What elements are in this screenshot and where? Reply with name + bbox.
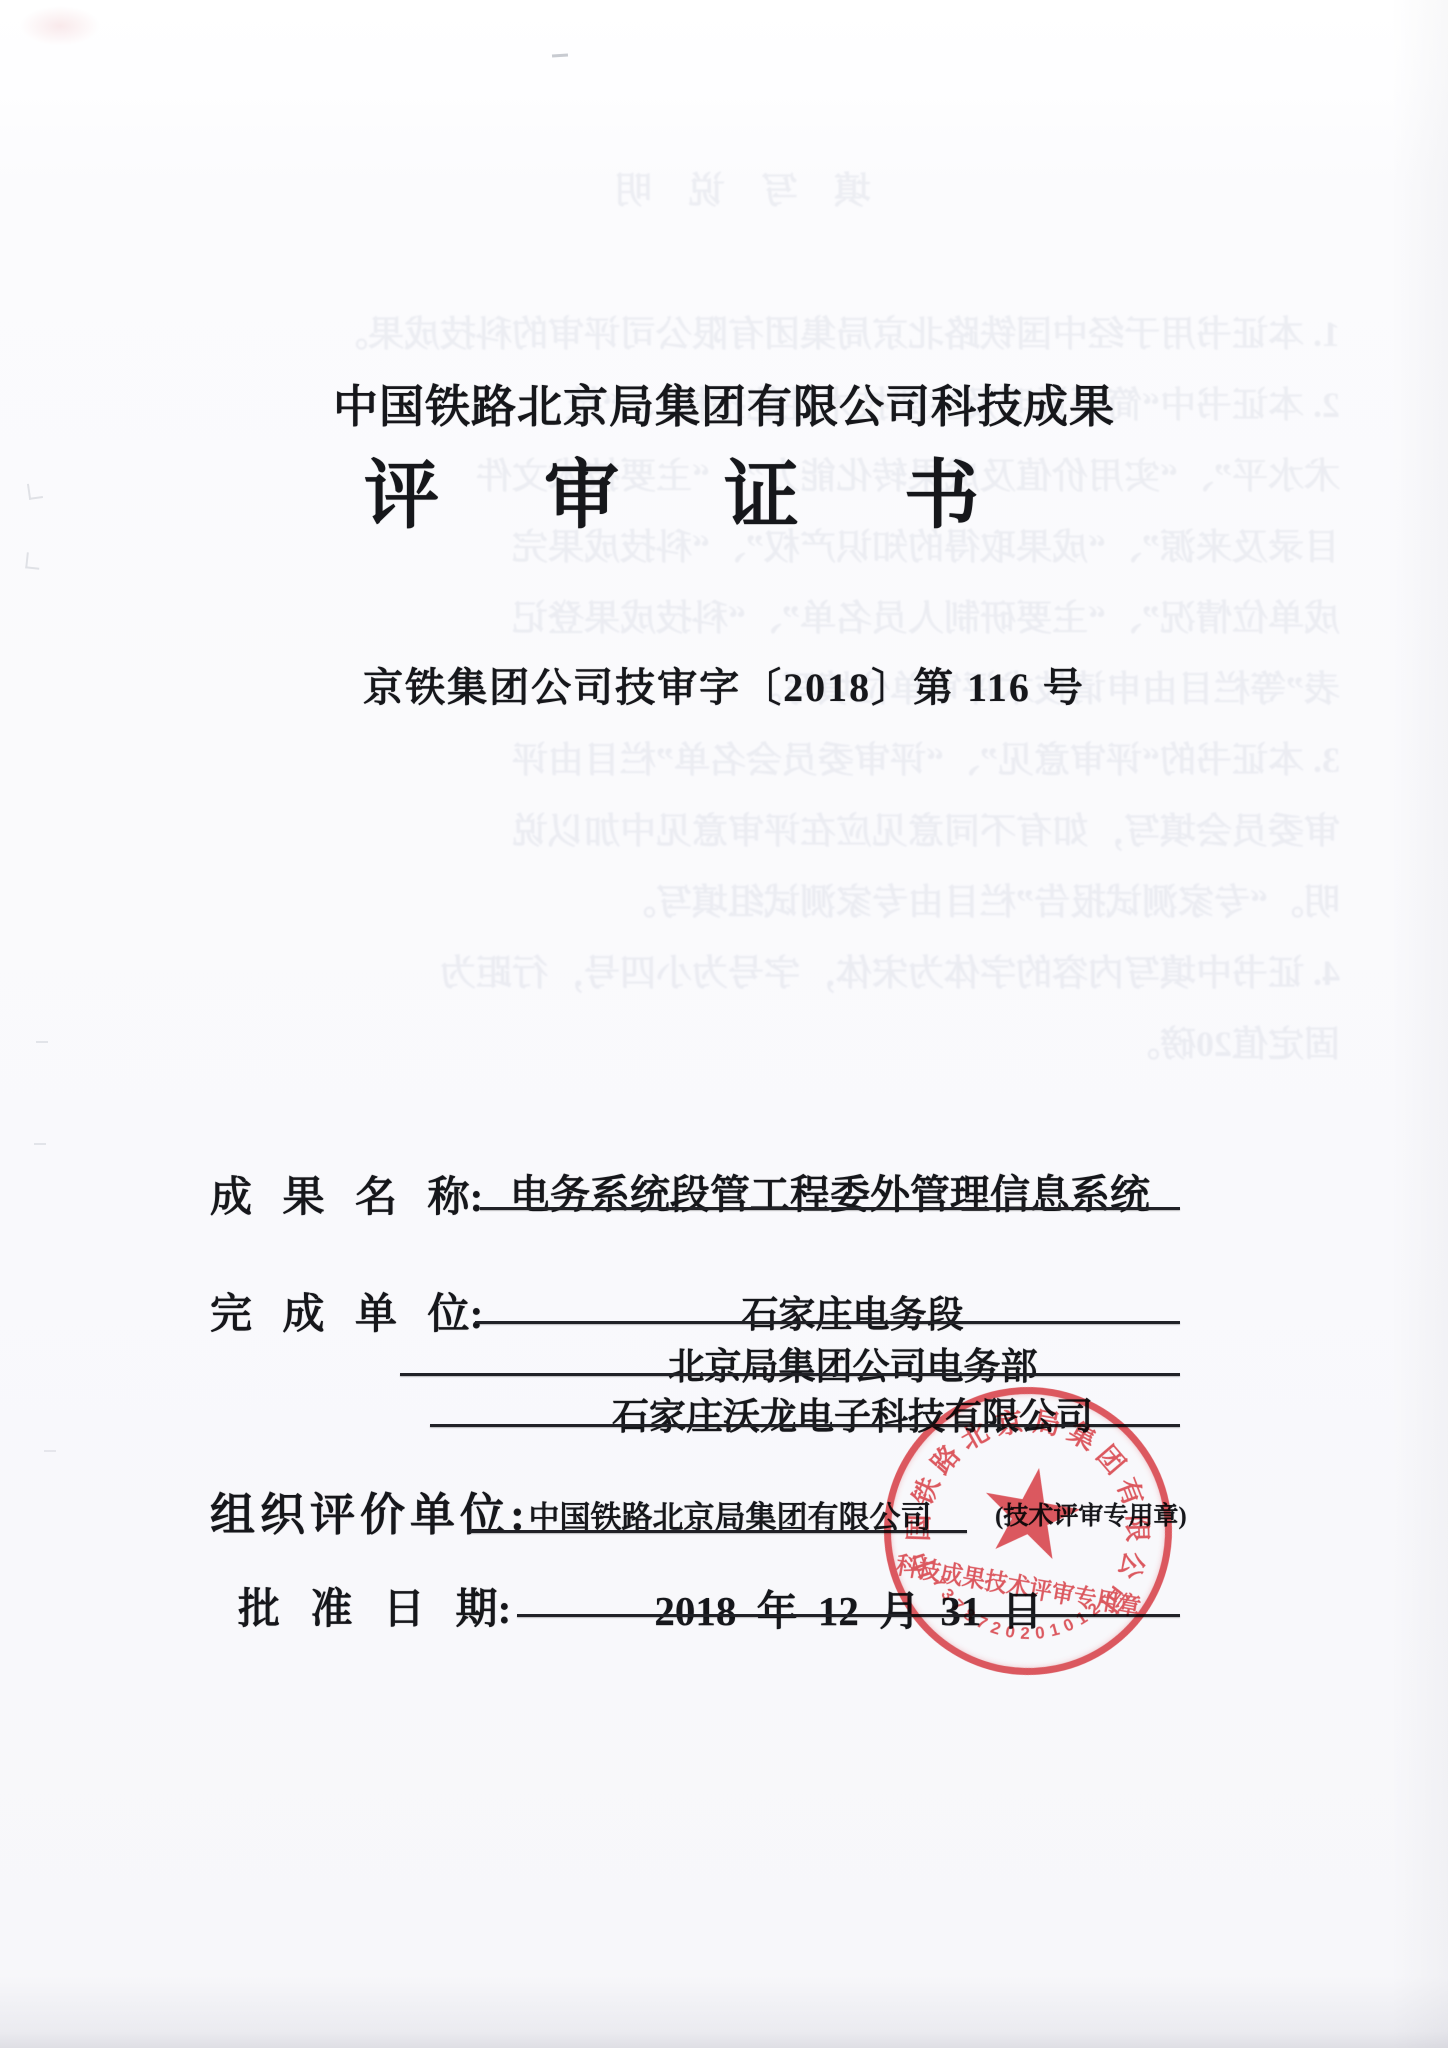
bleedthrough-line: 明。“专家测试报告”栏目由专家测试组填写。: [110, 867, 1340, 938]
seal-arc-char: 路: [922, 1436, 964, 1478]
bleedthrough-line: 审委员会填写，如有不同意见应在评审意见中加以说: [110, 796, 1340, 867]
bleedthrough-text: 填写说明 1. 本证书用于经中国铁路北京局集团有限公司评审的科技成果。2. 本证…: [110, 160, 1340, 1080]
underline: [470, 1530, 967, 1533]
underline: [430, 1424, 1180, 1427]
header-title: 中国铁路北京局集团有限公司科技成果: [0, 370, 1448, 435]
document-number: 京铁集团公司技审字〔2018〕第 116 号: [0, 656, 1448, 713]
bleedthrough-line: 固定值20磅。: [110, 1009, 1340, 1080]
bleedthrough-line: 1. 本证书用于经中国铁路北京局集团有限公司评审的科技成果。: [110, 299, 1340, 370]
field-value-approval-date: 2018 年 12 月 31 日: [517, 1578, 1180, 1637]
field-label-result-name: 成 果 名 称:: [210, 1164, 488, 1224]
certificate-title: 评审证书: [0, 436, 1448, 543]
paper-sheet: 填写说明 1. 本证书用于经中国铁路北京局集团有限公司评审的科技成果。2. 本证…: [0, 0, 1448, 2048]
field-value-completed-by-1: 石家庄电务段: [480, 1284, 1225, 1338]
field-value-result-name: 电务系统段管工程委外管理信息系统: [480, 1163, 1180, 1220]
field-value-completed-by-2: 北京局集团公司电务部: [480, 1336, 1225, 1390]
scan-dash-mark: [552, 53, 568, 57]
seal-usage-note: (技术评审专用章): [995, 1496, 1187, 1532]
margin-mark: [36, 1033, 48, 1043]
underline: [400, 1373, 1180, 1376]
margin-mark: [44, 1443, 56, 1452]
underline: [480, 1207, 1180, 1210]
bleedthrough-line: 3. 本证书的“评审意见”、“评审委员会名单”栏目由评: [110, 725, 1340, 796]
field-label-completed-by: 完 成 单 位:: [210, 1281, 488, 1341]
scanned-certificate-document: { "document": { "header_title": "中国铁路北京局…: [0, 0, 1448, 2048]
bleedthrough-title: 填写说明: [110, 160, 1340, 214]
underline: [475, 1321, 1180, 1324]
bleedthrough-line: 4. 证书中填写内容的字体为宋体，字号为小四号，行距为: [110, 938, 1340, 1009]
field-value-completed-by-3: 石家庄沃龙电子科技有限公司: [480, 1386, 1225, 1440]
margin-mark: [25, 552, 41, 569]
scan-smudge: [20, 6, 100, 46]
bleedthrough-line: 成单位情况”、“主要研制人员名单”、“科技成果登记: [110, 583, 1340, 654]
seal-arc-char: 团: [1092, 1437, 1134, 1479]
field-label-approval-date: 批 准 日 期:: [238, 1576, 492, 1636]
underline: [517, 1614, 1180, 1617]
margin-mark: [34, 1135, 46, 1145]
